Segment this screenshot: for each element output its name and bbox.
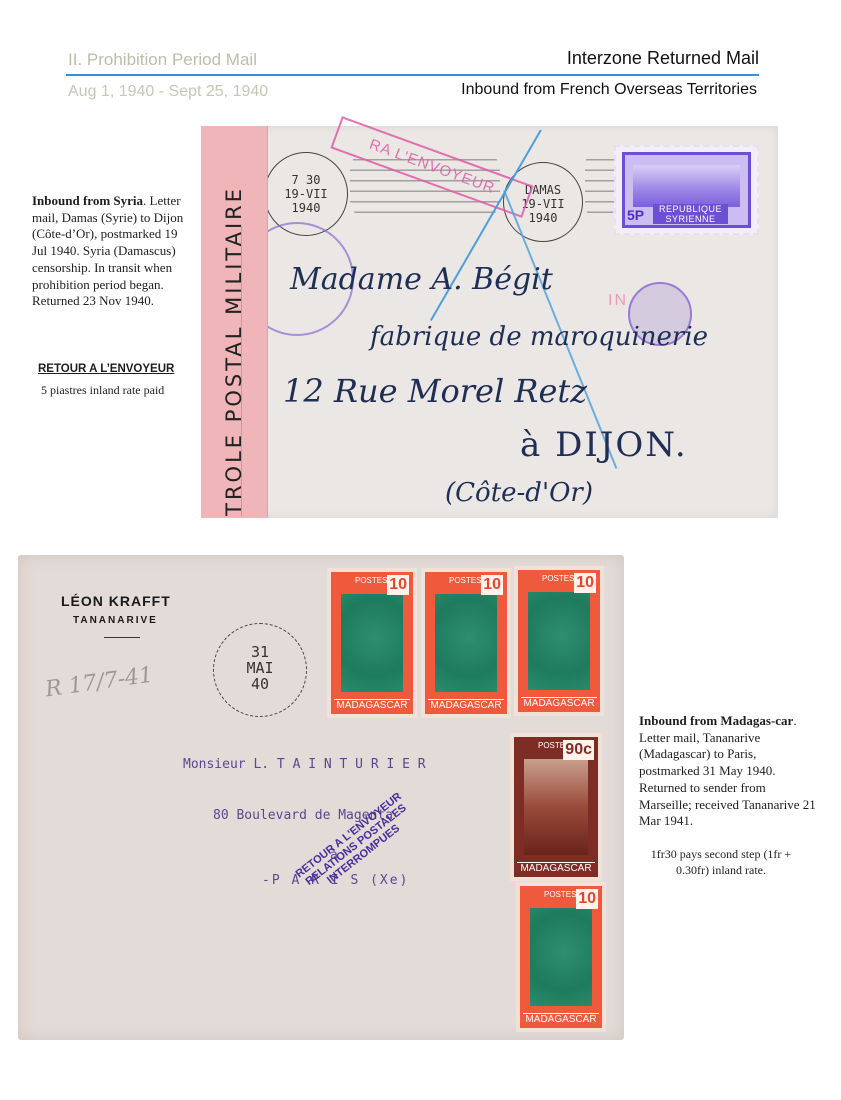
stamp-country: MADAGASCAR: [521, 697, 597, 709]
censor-tape-text: TROLE POSTAL MILITAIRE: [201, 126, 267, 518]
madagascar-10c-stamp: POSTES10MADAGASCAR: [327, 568, 417, 718]
madagascar-caption-heading: Inbound from Madagas-car: [639, 713, 793, 728]
madagascar-caption: Inbound from Madagas-car. Letter mail, T…: [639, 713, 819, 830]
inc-handstamp: IN: [608, 292, 628, 310]
address-line: Madame A. Bégit: [290, 262, 553, 297]
sender-name: LÉON KRAFFT: [61, 593, 171, 609]
castle-vignette: [633, 165, 740, 207]
postmark-date: 19-VII: [265, 187, 347, 201]
portrait-vignette: [530, 908, 592, 1006]
syria-caption-body: . Letter mail, Damas (Syrie) to Dijon (C…: [32, 193, 183, 308]
stamp-country: MADAGASCAR: [517, 862, 595, 874]
tananarive-postmark: 31MAI40: [213, 623, 307, 717]
madagascar-rate-note: 1fr30 pays second step (1fr + 0.30fr) in…: [640, 846, 802, 878]
header-rule: [66, 74, 759, 76]
portrait-vignette: [341, 594, 403, 692]
syria-caption: Inbound from Syria. Letter mail, Damas (…: [32, 193, 194, 310]
address-line: (Côte-d'Or): [445, 478, 593, 508]
stamp-value: 10: [481, 575, 503, 595]
madagascar-90c-stamp: POSTES90cMADAGASCAR: [510, 733, 602, 881]
stamp-value: 10: [387, 575, 409, 595]
address-line: fabrique de maroquinerie: [370, 322, 708, 352]
stamp-postes: POSTES: [355, 576, 387, 585]
stamp-value: 5P: [627, 207, 644, 223]
postmark-year: 1940: [265, 201, 347, 215]
stamp-country: MADAGASCAR: [428, 699, 504, 711]
portrait-vignette: [435, 594, 497, 692]
postmark-month: MAI: [214, 660, 306, 676]
syria-rate-note: 5 piastres inland rate paid: [41, 383, 164, 398]
censor-tape: TROLE POSTAL MILITAIRE: [201, 126, 268, 518]
syria-retour-label: RETOUR A L’ENVOYEUR: [38, 363, 174, 375]
address-line: à DIJON.: [520, 425, 688, 465]
stamp-value: 10: [576, 889, 598, 909]
postmark-day: 31: [214, 644, 306, 660]
madagascar-caption-body: . Letter mail, Tananarive (Madagascar) t…: [639, 713, 816, 828]
machine-cancel-lines: [585, 150, 615, 220]
page-title: Interzone Returned Mail: [567, 48, 759, 69]
stamp-postes: POSTES: [449, 576, 481, 585]
sender-rule: [104, 637, 140, 638]
stamp-value: 90c: [563, 740, 594, 760]
section-title: II. Prohibition Period Mail: [68, 50, 257, 70]
address-line: 12 Rue Morel Retz: [283, 372, 587, 410]
stamp-country: REPUBLIQUE SYRIENNE: [653, 204, 728, 224]
stamp-postes: POSTES: [542, 574, 574, 583]
stamp-country: MADAGASCAR: [334, 699, 410, 711]
syria-5p-stamp: 5P REPUBLIQUE SYRIENNE: [614, 145, 759, 235]
stamp-postes: POSTES: [544, 890, 576, 899]
stamp-country: MADAGASCAR: [523, 1013, 599, 1025]
madagascar-10c-stamp: POSTES10MADAGASCAR: [514, 566, 604, 716]
page-subtitle: Inbound from French Overseas Territories: [461, 81, 757, 99]
stamp-value: 10: [574, 573, 596, 593]
postmark-year: 40: [214, 676, 306, 692]
portrait-vignette: [528, 592, 590, 690]
horseman-vignette: [524, 759, 588, 855]
sender-city: TANANARIVE: [73, 615, 158, 626]
syria-caption-heading: Inbound from Syria: [32, 193, 143, 208]
typed-address-line: Monsieur L. T A I N T U R I E R: [183, 757, 426, 772]
postmark-time: 7 30: [265, 173, 347, 187]
section-dates: Aug 1, 1940 - Sept 25, 1940: [68, 83, 268, 101]
madagascar-10c-stamp: POSTES10MADAGASCAR: [516, 882, 606, 1032]
madagascar-10c-stamp: POSTES10MADAGASCAR: [421, 568, 511, 718]
